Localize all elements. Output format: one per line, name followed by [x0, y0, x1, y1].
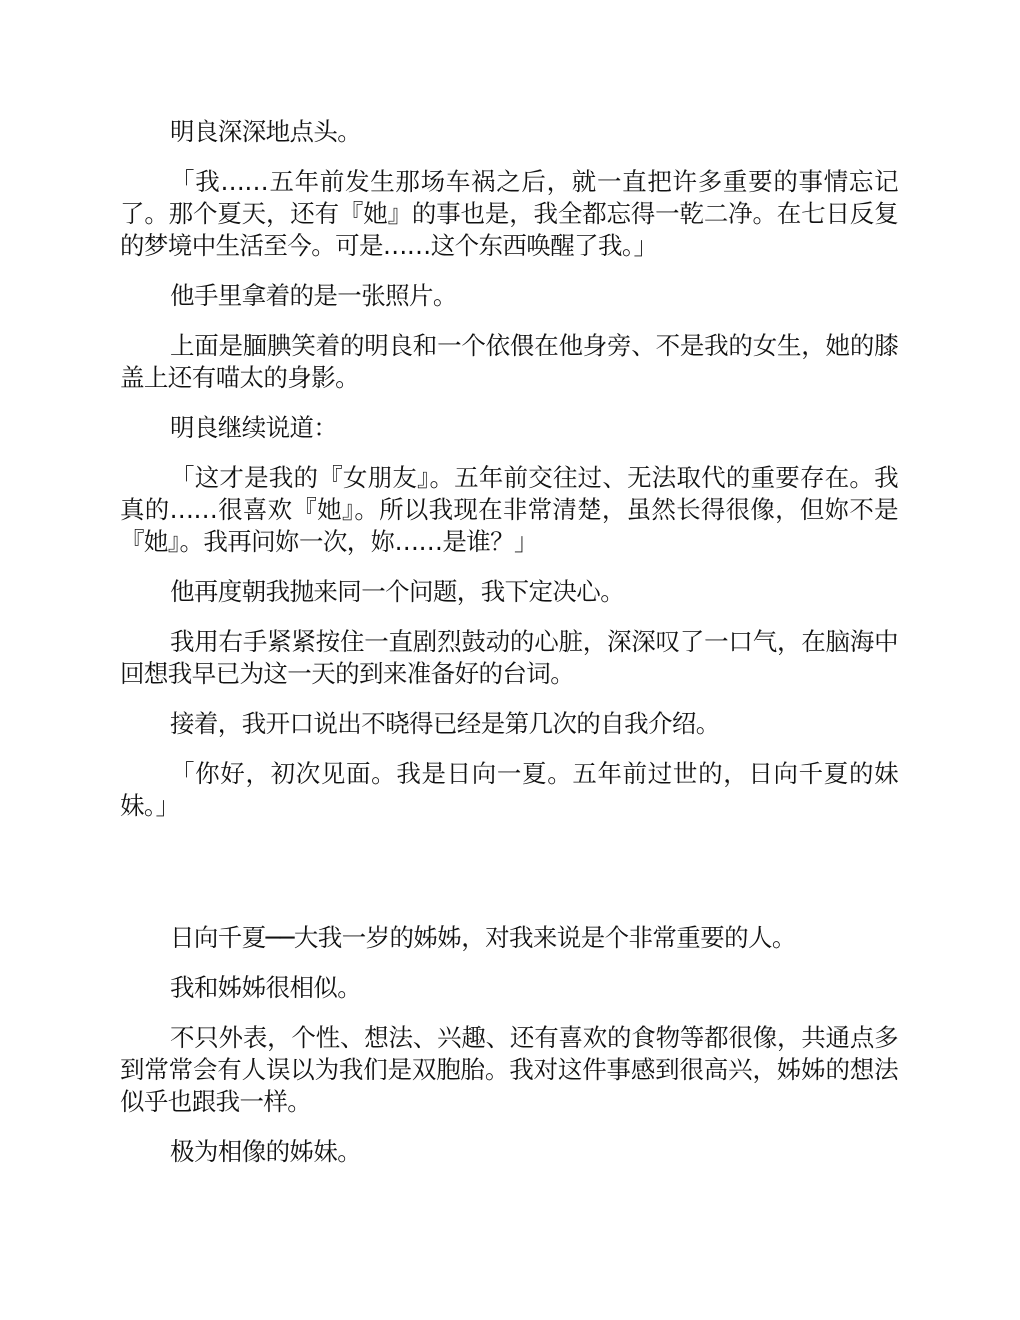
paragraph: 「我……五年前发生那场车祸之后，就一直把许多重要的事情忘记了。那个夏天，还有『她…	[120, 166, 898, 262]
document-page: 明良深深地点头。 「我……五年前发生那场车祸之后，就一直把许多重要的事情忘记了。…	[120, 116, 898, 1186]
paragraph: 我和姊姊很相似。	[120, 972, 898, 1004]
paragraph: 不只外表，个性、想法、兴趣、还有喜欢的食物等都很像，共通点多到常常会有人误以为我…	[120, 1022, 898, 1118]
paragraph: 他再度朝我抛来同一个问题，我下定决心。	[120, 576, 898, 608]
paragraph: 他手里拿着的是一张照片。	[120, 280, 898, 312]
paragraph: 明良深深地点头。	[120, 116, 898, 148]
paragraph: 明良继续说道：	[120, 412, 898, 444]
paragraph: 「这才是我的『女朋友』。五年前交往过、无法取代的重要存在。我真的……很喜欢『她』…	[120, 462, 898, 558]
paragraph: 上面是腼腆笑着的明良和一个依偎在他身旁、不是我的女生，她的膝盖上还有喵太的身影。	[120, 330, 898, 394]
paragraph: 「你好，初次见面。我是日向一夏。五年前过世的，日向千夏的妹妹。」	[120, 758, 898, 822]
section-break	[120, 840, 898, 922]
paragraph: 我用右手紧紧按住一直剧烈鼓动的心脏，深深叹了一口气，在脑海中回想我早已为这一天的…	[120, 626, 898, 690]
paragraph: 接着，我开口说出不晓得已经是第几次的自我介绍。	[120, 708, 898, 740]
paragraph: 极为相像的姊妹。	[120, 1136, 898, 1168]
paragraph: 日向千夏──大我一岁的姊姊，对我来说是个非常重要的人。	[120, 922, 898, 954]
